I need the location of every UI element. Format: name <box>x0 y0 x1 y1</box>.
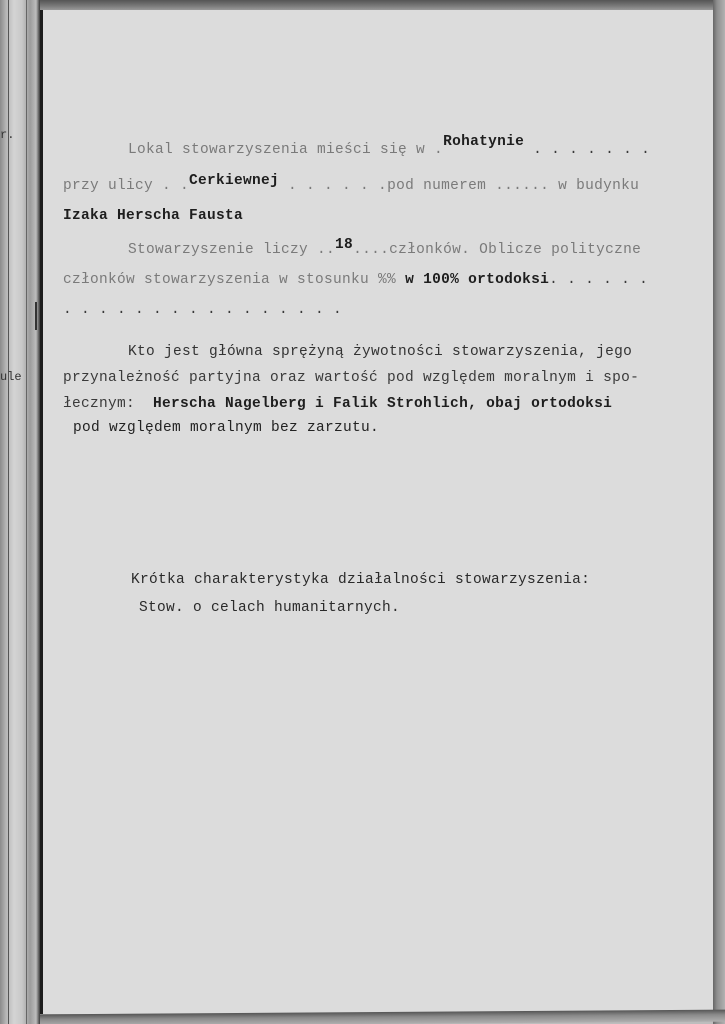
street-label: przy ulicy . . <box>63 178 189 194</box>
leaders-line-4: pod względem moralnym bez zarzutu. <box>73 420 379 436</box>
leaders-line-1: Kto jest główna sprężyną żywotności stow… <box>128 344 632 360</box>
binder-page-stack <box>0 0 40 1024</box>
political-profile-value: w 100% ortodoksi <box>405 272 549 288</box>
pencil-mark <box>35 302 37 330</box>
number-building-label: . . . . . .pod numerem ...... w budynku <box>279 178 639 194</box>
scanned-document: r. ule Lokal stowarzyszenia mieści się w… <box>0 0 725 1024</box>
members-line-3: . . . . . . . . . . . . . . . . <box>63 302 342 318</box>
dots-filler: . . . . . . <box>549 272 648 288</box>
document-page: Lokal stowarzyszenia mieści się w .Rohat… <box>40 10 713 1014</box>
building-owner-value: Izaka Herscha Fausta <box>63 208 243 224</box>
members-line-2: członków stowarzyszenia w stosunku %% w … <box>63 272 648 288</box>
location-line-2: przy ulicy . .Cerkiewnej . . . . . .pod … <box>63 178 639 194</box>
activity-heading: Krótka charakterystyka działalności stow… <box>131 572 590 588</box>
town-value: Rohatynie <box>443 134 524 150</box>
member-count-value: 18 <box>335 237 353 253</box>
page-top-edge <box>0 0 725 10</box>
activity-description: Stow. o celach humanitarnych. <box>139 600 400 616</box>
leaders-label: łecznym: <box>63 396 153 412</box>
member-count-label: Stowarzyszenie liczy .. <box>128 242 335 258</box>
street-value: Cerkiewnej <box>189 173 279 189</box>
dots-filler: . . . . . . . <box>524 142 650 158</box>
leaders-line-3: łecznym: Herscha Nagelberg i Falik Stroh… <box>63 396 612 412</box>
margin-fragment-middle: ule <box>0 370 22 384</box>
location-line-3: Izaka Herscha Fausta <box>63 208 243 224</box>
ratio-label: członków stowarzyszenia w stosunku %% <box>63 272 405 288</box>
location-label: Lokal stowarzyszenia mieści się w . <box>128 142 443 158</box>
page-right-edge <box>713 0 725 1024</box>
location-line-1: Lokal stowarzyszenia mieści się w .Rohat… <box>128 142 650 158</box>
members-line-1: Stowarzyszenie liczy ..18....członków. O… <box>128 242 641 258</box>
margin-fragment-top: r. <box>0 128 14 142</box>
leaders-value: Herscha Nagelberg i Falik Strohlich, oba… <box>153 396 612 412</box>
political-profile-label: ....członków. Oblicze polityczne <box>353 242 641 258</box>
leaders-line-2: przynależność partyjna oraz wartość pod … <box>63 370 639 386</box>
